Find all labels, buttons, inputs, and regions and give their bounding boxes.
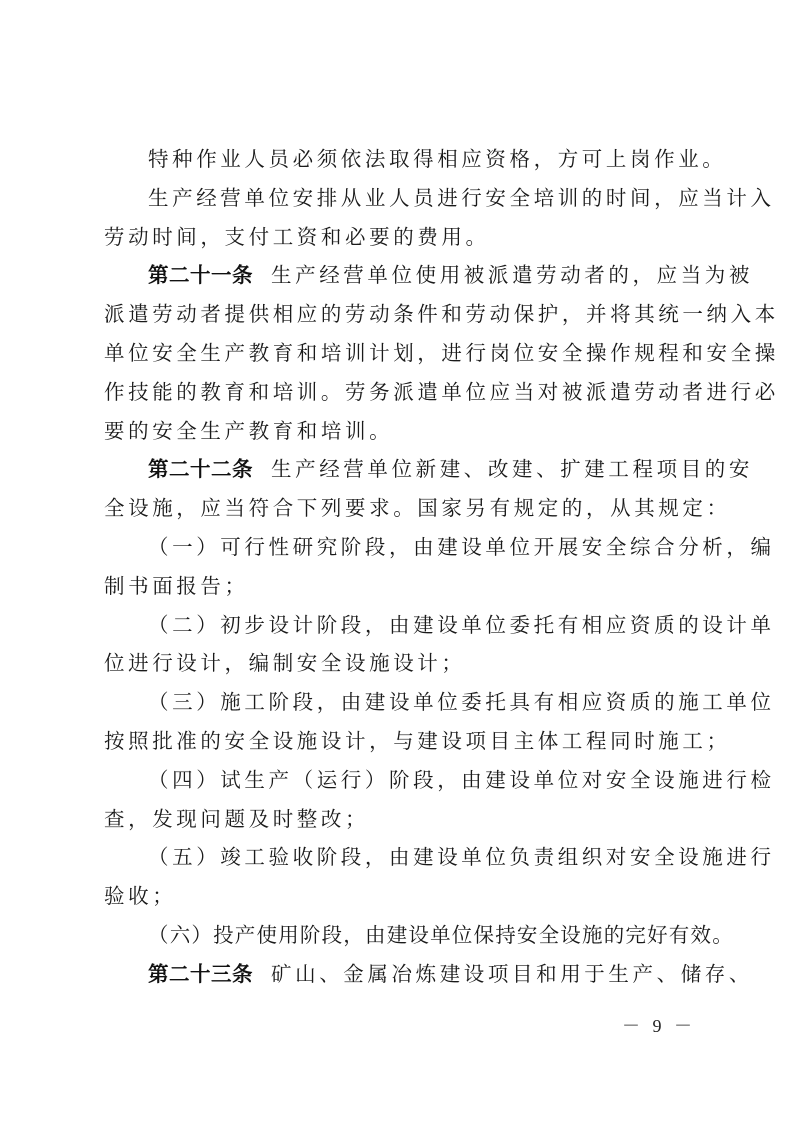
paragraph-line: 劳动时间，支付工资和必要的费用。: [104, 218, 694, 257]
line-text: （二）初步设计阶段，由建设单位委托有相应资质的设计单: [148, 613, 775, 637]
paragraph-line: 位进行设计，编制安全设施设计；: [104, 644, 694, 683]
line-text: （五）竣工验收阶段，由建设单位负责组织对安全设施进行: [148, 845, 775, 869]
line-text: （三）施工阶段，由建设单位委托具有相应资质的施工单位: [148, 690, 775, 714]
paragraph-line: 制书面报告；: [104, 567, 694, 606]
line-text: 全设施，应当符合下列要求。国家另有规定的，从其规定：: [104, 496, 731, 520]
line-text: 单位安全生产教育和培训计划，进行岗位安全操作规程和安全操: [104, 341, 779, 365]
paragraph-line: 特种作业人员必须依法取得相应资格，方可上岗作业。: [104, 140, 694, 179]
paragraph-line: 查，发现问题及时整改；: [104, 800, 694, 839]
paragraph-line: 第二十一条生产经营单位使用被派遣劳动者的，应当为被: [104, 256, 694, 295]
line-text: 生产经营单位新建、改建、扩建工程项目的安: [271, 457, 753, 481]
paragraph-line: （六）投产使用阶段，由建设单位保持安全设施的完好有效。: [104, 916, 694, 955]
paragraph-line: （二）初步设计阶段，由建设单位委托有相应资质的设计单: [104, 606, 694, 645]
paragraph-line: （一）可行性研究阶段，由建设单位开展安全综合分析，编: [104, 528, 694, 567]
paragraph-line: （三）施工阶段，由建设单位委托具有相应资质的施工单位: [104, 683, 694, 722]
line-text: 劳动时间，支付工资和必要的费用。: [104, 225, 490, 249]
article-heading: 第二十一条: [148, 263, 253, 287]
line-text: 矿山、金属冶炼建设项目和用于生产、储存、: [271, 962, 753, 986]
line-text: （一）可行性研究阶段，由建设单位开展安全综合分析，编: [148, 535, 775, 559]
paragraph-line: 第二十二条生产经营单位新建、改建、扩建工程项目的安: [104, 450, 694, 489]
line-text: 特种作业人员必须依法取得相应资格，方可上岗作业。: [148, 147, 726, 171]
article-heading: 第二十二条: [148, 457, 253, 481]
line-text: 查，发现问题及时整改；: [104, 807, 369, 831]
paragraph-line: 派遣劳动者提供相应的劳动条件和劳动保护，并将其统一纳入本: [104, 295, 694, 334]
line-text: （六）投产使用阶段，由建设单位保持安全设施的完好有效。: [148, 923, 734, 947]
paragraph-line: 验收；: [104, 877, 694, 916]
paragraph-line: 按照批准的安全设施设计，与建设项目主体工程同时施工；: [104, 722, 694, 761]
paragraph-line: 全设施，应当符合下列要求。国家另有规定的，从其规定：: [104, 489, 694, 528]
paragraph-line: 要的安全生产教育和培训。: [104, 412, 694, 451]
line-text: 生产经营单位使用被派遣劳动者的，应当为被: [271, 263, 753, 287]
paragraph-line: （五）竣工验收阶段，由建设单位负责组织对安全设施进行: [104, 838, 694, 877]
document-body: 特种作业人员必须依法取得相应资格，方可上岗作业。 生产经营单位安排从业人员进行安…: [104, 140, 694, 994]
paragraph-line: 生产经营单位安排从业人员进行安全培训的时间，应当计入: [104, 179, 694, 218]
article-heading: 第二十三条: [148, 962, 253, 986]
document-page: 特种作业人员必须依法取得相应资格，方可上岗作业。 生产经营单位安排从业人员进行安…: [0, 0, 793, 1122]
line-text: 按照批准的安全设施设计，与建设项目主体工程同时施工；: [104, 729, 731, 753]
line-text: 生产经营单位安排从业人员进行安全培训的时间，应当计入: [148, 186, 775, 210]
paragraph-line: 单位安全生产教育和培训计划，进行岗位安全操作规程和安全操: [104, 334, 694, 373]
paragraph-line: 作技能的教育和培训。劳务派遣单位应当对被派遣劳动者进行必: [104, 373, 694, 412]
line-text: 要的安全生产教育和培训。: [104, 419, 393, 443]
line-text: 制书面报告；: [104, 574, 249, 598]
paragraph-line: （四）试生产（运行）阶段，由建设单位对安全设施进行检: [104, 761, 694, 800]
line-text: 派遣劳动者提供相应的劳动条件和劳动保护，并将其统一纳入本: [104, 302, 779, 326]
line-text: 位进行设计，编制安全设施设计；: [104, 651, 466, 675]
paragraph-line: 第二十三条矿山、金属冶炼建设项目和用于生产、储存、: [104, 955, 694, 994]
line-text: （四）试生产（运行）阶段，由建设单位对安全设施进行检: [148, 768, 775, 792]
page-number: － 9 －: [622, 1012, 696, 1038]
line-text: 作技能的教育和培训。劳务派遣单位应当对被派遣劳动者进行必: [104, 380, 779, 404]
line-text: 验收；: [104, 884, 176, 908]
